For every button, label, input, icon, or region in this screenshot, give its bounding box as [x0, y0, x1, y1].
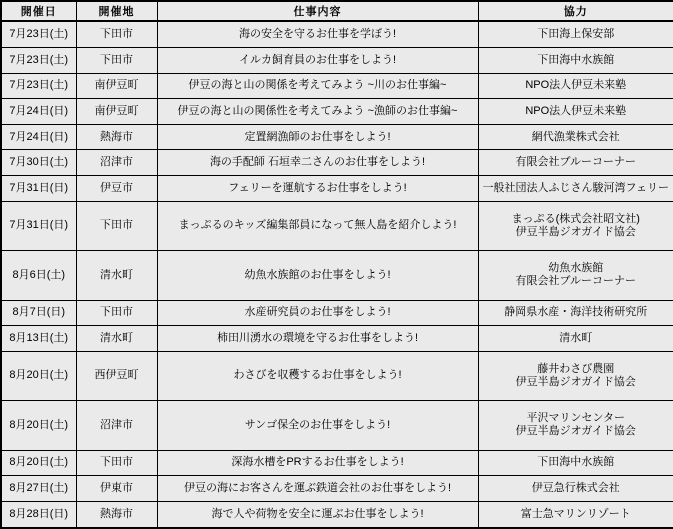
date-cell: 8月13日(土)	[1, 326, 76, 352]
date-cell-line: 7月23日(土)	[4, 54, 74, 67]
cooperation-cell-line: 幼魚水族館	[481, 262, 672, 275]
cooperation-cell-line: 有限会社ブルーコーナー	[481, 275, 672, 288]
table-row: 7月24日(日)南伊豆町伊豆の海と山の関係性を考えてみよう ~漁師のお仕事編~N…	[1, 99, 673, 125]
location-cell-line: 下田市	[79, 28, 155, 41]
job-cell-line: 海の安全を守るお仕事を学ぼう!	[160, 28, 476, 41]
cooperation-cell: 網代漁業株式会社	[478, 124, 673, 150]
cooperation-cell: まっぷる(株式会社昭文社)伊豆半島ジオガイド協会	[478, 201, 673, 250]
job-cell: 海で人や荷物を安全に運ぶお仕事をしよう!	[157, 501, 478, 528]
column-header-date: 開催日	[1, 1, 76, 21]
job-cell: サンゴ保全のお仕事をしよう!	[157, 401, 478, 450]
date-cell: 8月27日(土)	[1, 476, 76, 502]
date-cell-line: 8月28日(日)	[4, 508, 74, 521]
header-row: 開催日 開催地 仕事内容 協力	[1, 1, 673, 21]
job-cell: 伊豆の海にお客さんを運ぶ鉄道会社のお仕事をしよう!	[157, 476, 478, 502]
table-row: 8月20日(土)西伊豆町わさびを収穫するお仕事をしよう!藤井わさび農園伊豆半島ジ…	[1, 351, 673, 400]
table-row: 7月24日(日)熱海市定置網漁師のお仕事をしよう!網代漁業株式会社	[1, 124, 673, 150]
cooperation-cell-line: 下田海中水族館	[481, 456, 672, 469]
table-header: 開催日 開催地 仕事内容 協力	[1, 1, 673, 21]
date-cell-line: 8月27日(土)	[4, 482, 74, 495]
column-header-cooperation: 協力	[478, 1, 673, 21]
location-cell: 南伊豆町	[76, 99, 157, 125]
date-cell: 7月30日(土)	[1, 150, 76, 176]
location-cell: 西伊豆町	[76, 351, 157, 400]
date-cell: 8月20日(土)	[1, 351, 76, 400]
cooperation-cell: NPO法人伊豆未来塾	[478, 99, 673, 125]
job-cell-line: まっぷるのキッズ編集部員になって無人島を紹介しよう!	[160, 219, 476, 232]
date-cell-line: 7月24日(日)	[4, 105, 74, 118]
cooperation-cell-line: 伊豆半島ジオガイド協会	[481, 425, 672, 438]
date-cell: 7月31日(日)	[1, 176, 76, 202]
job-cell-line: 伊豆の海にお客さんを運ぶ鉄道会社のお仕事をしよう!	[160, 482, 476, 495]
location-cell-line: 清水町	[79, 332, 155, 345]
location-cell: 下田市	[76, 450, 157, 476]
job-cell-line: フェリーを運航するお仕事をしよう!	[160, 182, 476, 195]
table-row: 7月23日(土)南伊豆町伊豆の海と山の関係を考えてみよう ~川のお仕事編~NPO…	[1, 73, 673, 99]
date-cell: 7月23日(土)	[1, 48, 76, 74]
table-row: 8月27日(土)伊東市伊豆の海にお客さんを運ぶ鉄道会社のお仕事をしよう!伊豆急行…	[1, 476, 673, 502]
column-header-location: 開催地	[76, 1, 157, 21]
date-cell: 8月7日(日)	[1, 300, 76, 326]
cooperation-cell: 下田海中水族館	[478, 48, 673, 74]
date-cell-line: 8月13日(土)	[4, 332, 74, 345]
table-row: 8月28日(日)熱海市海で人や荷物を安全に運ぶお仕事をしよう!富士急マリンリゾー…	[1, 501, 673, 528]
job-cell: 伊豆の海と山の関係性を考えてみよう ~漁師のお仕事編~	[157, 99, 478, 125]
location-cell-line: 南伊豆町	[79, 105, 155, 118]
cooperation-cell: 富士急マリンリゾート	[478, 501, 673, 528]
location-cell-line: 清水町	[79, 269, 155, 282]
cooperation-cell: 有限会社ブルーコーナー	[478, 150, 673, 176]
job-cell-line: わさびを収穫するお仕事をしよう!	[160, 369, 476, 382]
date-cell: 8月28日(日)	[1, 501, 76, 528]
job-cell: 水産研究員のお仕事をしよう!	[157, 300, 478, 326]
location-cell: 下田市	[76, 21, 157, 48]
date-cell-line: 8月20日(土)	[4, 419, 74, 432]
job-cell-line: 柿田川湧水の環境を守るお仕事をしよう!	[160, 332, 476, 345]
job-cell: わさびを収穫するお仕事をしよう!	[157, 351, 478, 400]
job-cell-line: 伊豆の海と山の関係を考えてみよう ~川のお仕事編~	[160, 79, 476, 92]
date-cell: 7月31日(日)	[1, 201, 76, 250]
job-cell: 伊豆の海と山の関係を考えてみよう ~川のお仕事編~	[157, 73, 478, 99]
job-cell-line: 海の手配師 石垣幸二さんのお仕事をしよう!	[160, 156, 476, 169]
cooperation-cell-line: 一般社団法人ふじさん駿河湾フェリー	[481, 182, 672, 195]
table-body: 7月23日(土)下田市海の安全を守るお仕事を学ぼう!下田海上保安部7月23日(土…	[1, 21, 673, 528]
location-cell: 下田市	[76, 300, 157, 326]
job-cell-line: サンゴ保全のお仕事をしよう!	[160, 419, 476, 432]
job-cell-line: 定置網漁師のお仕事をしよう!	[160, 131, 476, 144]
location-cell-line: 南伊豆町	[79, 79, 155, 92]
location-cell-line: 伊東市	[79, 482, 155, 495]
date-cell-line: 7月31日(日)	[4, 182, 74, 195]
table-row: 7月31日(日)下田市まっぷるのキッズ編集部員になって無人島を紹介しよう!まっぷ…	[1, 201, 673, 250]
table-row: 8月7日(日)下田市水産研究員のお仕事をしよう!静岡県水産・海洋技術研究所	[1, 300, 673, 326]
date-cell-line: 7月23日(土)	[4, 79, 74, 92]
cooperation-cell-line: 下田海中水族館	[481, 54, 672, 67]
location-cell: 清水町	[76, 326, 157, 352]
job-cell-line: 伊豆の海と山の関係性を考えてみよう ~漁師のお仕事編~	[160, 105, 476, 118]
cooperation-cell-line: 網代漁業株式会社	[481, 131, 672, 144]
date-cell: 7月23日(土)	[1, 21, 76, 48]
cooperation-cell-line: NPO法人伊豆未来塾	[481, 105, 672, 118]
location-cell-line: 熱海市	[79, 508, 155, 521]
cooperation-cell-line: 伊豆半島ジオガイド協会	[481, 226, 672, 239]
date-cell-line: 7月31日(日)	[4, 219, 74, 232]
date-cell-line: 8月6日(土)	[4, 269, 74, 282]
location-cell-line: 西伊豆町	[79, 369, 155, 382]
table-row: 8月6日(土)清水町幼魚水族館のお仕事をしよう!幼魚水族館有限会社ブルーコーナー	[1, 251, 673, 300]
location-cell-line: 熱海市	[79, 131, 155, 144]
location-cell-line: 下田市	[79, 219, 155, 232]
date-cell-line: 7月30日(土)	[4, 156, 74, 169]
job-cell-line: 幼魚水族館のお仕事をしよう!	[160, 269, 476, 282]
job-cell-line: イルカ飼育員のお仕事をしよう!	[160, 54, 476, 67]
cooperation-cell: 清水町	[478, 326, 673, 352]
table-row: 7月30日(土)沼津市海の手配師 石垣幸二さんのお仕事をしよう!有限会社ブルーコ…	[1, 150, 673, 176]
date-cell-line: 8月7日(日)	[4, 306, 74, 319]
location-cell: 清水町	[76, 251, 157, 300]
table-row: 7月23日(土)下田市海の安全を守るお仕事を学ぼう!下田海上保安部	[1, 21, 673, 48]
job-cell: 柿田川湧水の環境を守るお仕事をしよう!	[157, 326, 478, 352]
cooperation-cell-line: 富士急マリンリゾート	[481, 508, 672, 521]
cooperation-cell: 幼魚水族館有限会社ブルーコーナー	[478, 251, 673, 300]
cooperation-cell: 静岡県水産・海洋技術研究所	[478, 300, 673, 326]
cooperation-cell: 下田海上保安部	[478, 21, 673, 48]
location-cell: 熱海市	[76, 124, 157, 150]
location-cell: 伊東市	[76, 476, 157, 502]
location-cell-line: 沼津市	[79, 156, 155, 169]
cooperation-cell-line: まっぷる(株式会社昭文社)	[481, 213, 672, 226]
location-cell-line: 下田市	[79, 306, 155, 319]
cooperation-cell: 下田海中水族館	[478, 450, 673, 476]
cooperation-cell: 平沢マリンセンター伊豆半島ジオガイド協会	[478, 401, 673, 450]
table-row: 7月31日(日)伊豆市フェリーを運航するお仕事をしよう!一般社団法人ふじさん駿河…	[1, 176, 673, 202]
cooperation-cell-line: 平沢マリンセンター	[481, 412, 672, 425]
cooperation-cell-line: 下田海上保安部	[481, 28, 672, 41]
date-cell: 7月24日(日)	[1, 99, 76, 125]
location-cell: 沼津市	[76, 150, 157, 176]
job-cell-line: 深海水槽をPRするお仕事をしよう!	[160, 456, 476, 469]
cooperation-cell: 伊豆急行株式会社	[478, 476, 673, 502]
date-cell: 8月20日(土)	[1, 450, 76, 476]
job-cell: 深海水槽をPRするお仕事をしよう!	[157, 450, 478, 476]
job-cell-line: 水産研究員のお仕事をしよう!	[160, 306, 476, 319]
location-cell: 下田市	[76, 48, 157, 74]
location-cell-line: 下田市	[79, 54, 155, 67]
cooperation-cell: 藤井わさび農園伊豆半島ジオガイド協会	[478, 351, 673, 400]
date-cell: 8月20日(土)	[1, 401, 76, 450]
location-cell: 下田市	[76, 201, 157, 250]
cooperation-cell-line: 静岡県水産・海洋技術研究所	[481, 306, 672, 319]
cooperation-cell-line: 有限会社ブルーコーナー	[481, 156, 672, 169]
column-header-job: 仕事内容	[157, 1, 478, 21]
date-cell-line: 7月23日(土)	[4, 28, 74, 41]
date-cell-line: 8月20日(土)	[4, 456, 74, 469]
table-row: 8月20日(土)下田市深海水槽をPRするお仕事をしよう!下田海中水族館	[1, 450, 673, 476]
location-cell-line: 下田市	[79, 456, 155, 469]
date-cell: 7月23日(土)	[1, 73, 76, 99]
cooperation-cell: NPO法人伊豆未来塾	[478, 73, 673, 99]
location-cell-line: 伊豆市	[79, 182, 155, 195]
table-row: 8月13日(土)清水町柿田川湧水の環境を守るお仕事をしよう!清水町	[1, 326, 673, 352]
cooperation-cell-line: 伊豆半島ジオガイド協会	[481, 376, 672, 389]
location-cell: 沼津市	[76, 401, 157, 450]
cooperation-cell: 一般社団法人ふじさん駿河湾フェリー	[478, 176, 673, 202]
table-row: 7月23日(土)下田市イルカ飼育員のお仕事をしよう!下田海中水族館	[1, 48, 673, 74]
location-cell-line: 沼津市	[79, 419, 155, 432]
date-cell-line: 7月24日(日)	[4, 131, 74, 144]
job-cell: イルカ飼育員のお仕事をしよう!	[157, 48, 478, 74]
location-cell: 南伊豆町	[76, 73, 157, 99]
job-cell: まっぷるのキッズ編集部員になって無人島を紹介しよう!	[157, 201, 478, 250]
job-cell: 幼魚水族館のお仕事をしよう!	[157, 251, 478, 300]
date-cell: 8月6日(土)	[1, 251, 76, 300]
table-row: 8月20日(土)沼津市サンゴ保全のお仕事をしよう!平沢マリンセンター伊豆半島ジオ…	[1, 401, 673, 450]
job-cell: 定置網漁師のお仕事をしよう!	[157, 124, 478, 150]
event-schedule-table: 開催日 開催地 仕事内容 協力 7月23日(土)下田市海の安全を守るお仕事を学ぼ…	[0, 0, 673, 529]
cooperation-cell-line: NPO法人伊豆未来塾	[481, 79, 672, 92]
location-cell: 熱海市	[76, 501, 157, 528]
job-cell: フェリーを運航するお仕事をしよう!	[157, 176, 478, 202]
date-cell: 7月24日(日)	[1, 124, 76, 150]
date-cell-line: 8月20日(土)	[4, 369, 74, 382]
job-cell: 海の安全を守るお仕事を学ぼう!	[157, 21, 478, 48]
cooperation-cell-line: 藤井わさび農園	[481, 363, 672, 376]
cooperation-cell-line: 伊豆急行株式会社	[481, 482, 672, 495]
cooperation-cell-line: 清水町	[481, 332, 672, 345]
job-cell-line: 海で人や荷物を安全に運ぶお仕事をしよう!	[160, 508, 476, 521]
location-cell: 伊豆市	[76, 176, 157, 202]
job-cell: 海の手配師 石垣幸二さんのお仕事をしよう!	[157, 150, 478, 176]
